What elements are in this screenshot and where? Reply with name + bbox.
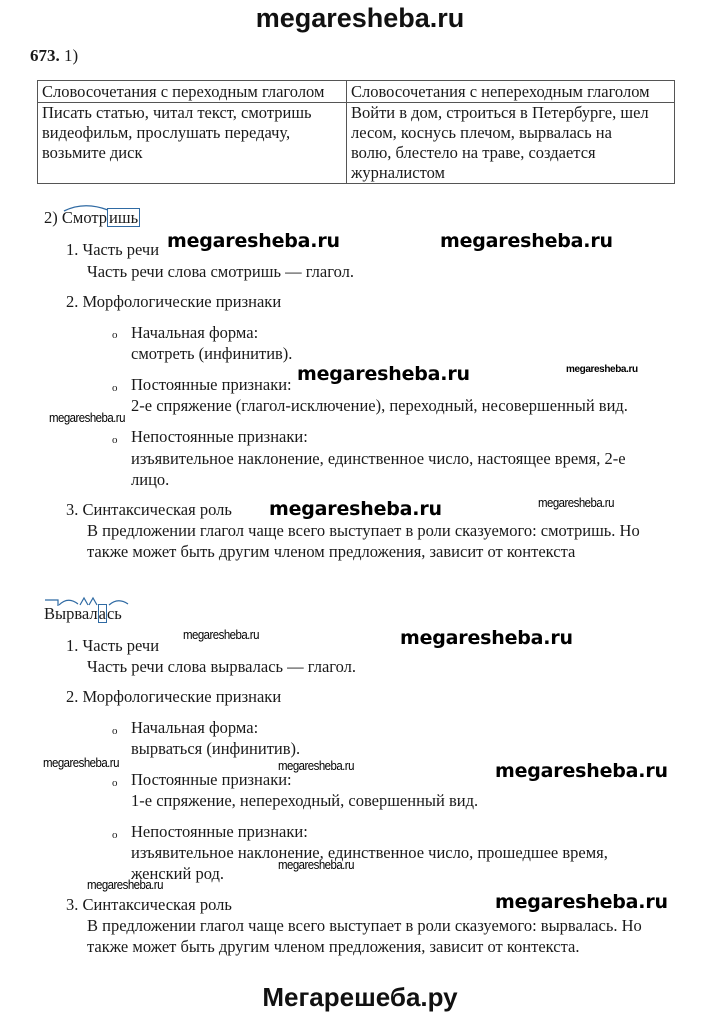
cell-line: видеофильм, прослушать передачу,	[42, 123, 342, 143]
watermark: megaresheba.ru	[538, 495, 614, 510]
morpheme-word-vyrvalas: Вырвалась	[44, 604, 122, 624]
watermark: megaresheba.ru	[566, 364, 638, 375]
syntax-role-text: В предложении глагол чаще всего выступае…	[87, 916, 642, 936]
syntax-role-text: также может быть другим членом предложен…	[87, 937, 579, 957]
bullet-icon: o	[112, 382, 118, 394]
cell-line: Войти в дом, строиться в Петербурге, шел	[351, 103, 670, 123]
watermark: megaresheba.ru	[87, 877, 163, 892]
watermark: megaresheba.ru	[278, 857, 354, 872]
watermark: megaresheba.ru	[400, 627, 573, 649]
word2-heading: Вырвалась	[44, 604, 122, 624]
task-number: 673. 1)	[30, 46, 78, 66]
watermark: megaresheba.ru	[278, 758, 354, 773]
variable-features-title: Непостоянные признаки:	[131, 822, 308, 842]
pos-title: 1. Часть речи	[66, 240, 159, 260]
word1-heading: 2) Смотришь	[44, 208, 140, 228]
watermark: megaresheba.ru	[495, 891, 668, 913]
bullet-icon: o	[112, 725, 118, 737]
table-header-transitive: Словосочетания с переходным глаголом	[38, 81, 347, 103]
cell-line: возьмите диск	[42, 143, 342, 163]
pos-title: 1. Часть речи	[66, 636, 159, 656]
constant-features-title: Постоянные признаки:	[131, 770, 292, 790]
word-stem: Смотр	[62, 208, 107, 227]
cell-line: лесом, коснусь плечом, вырвалась на	[351, 123, 670, 143]
word-postfix: сь	[107, 604, 122, 623]
word-combinations-table: Словосочетания с переходным глаголом Сло…	[37, 80, 675, 184]
cell-line: волю, блестело на траве, создается	[351, 143, 670, 163]
bullet-icon: o	[112, 829, 118, 841]
watermark: megaresheba.ru	[43, 755, 119, 770]
constant-features-text: 1-е спряжение, непереходный, совершенный…	[131, 791, 478, 811]
syntax-role-title: 3. Синтаксическая роль	[66, 500, 232, 520]
initial-form-title: Начальная форма:	[131, 323, 258, 343]
bullet-icon: o	[112, 434, 118, 446]
morph-title: 2. Морфологические признаки	[66, 292, 281, 312]
part-label: 2)	[44, 208, 58, 227]
constant-features-text: 2-е спряжение (глагол-исключение), перех…	[131, 396, 628, 416]
ending-box: ишь	[107, 208, 140, 227]
table-cell-transitive: Писать статью, читал текст, смотришь вид…	[38, 103, 347, 184]
watermark: megaresheba.ru	[183, 627, 259, 642]
table-row: Писать статью, читал текст, смотришь вид…	[38, 103, 675, 184]
syntax-role-text: также может быть другим членом предложен…	[87, 542, 575, 562]
site-title: megaresheba.ru	[0, 2, 720, 34]
bullet-icon: o	[112, 329, 118, 341]
task-part-label: 1)	[64, 46, 78, 65]
variable-features-title: Непостоянные признаки:	[131, 427, 308, 447]
morph-title: 2. Морфологические признаки	[66, 687, 281, 707]
watermark: megaresheba.ru	[167, 230, 340, 252]
footer-title: Мегарешеба.ру	[0, 982, 720, 1013]
variable-features-text: изъявительное наклонение, единственное ч…	[131, 449, 626, 469]
task-number-value: 673.	[30, 46, 60, 65]
cell-line: журналистом	[351, 163, 670, 183]
bullet-icon: o	[112, 777, 118, 789]
morpheme-word-smotrish: Смотришь	[62, 208, 140, 228]
initial-form-text: смотреть (инфинитив).	[131, 344, 292, 364]
syntax-role-text: В предложении глагол чаще всего выступае…	[87, 521, 640, 541]
constant-features-title: Постоянные признаки:	[131, 375, 292, 395]
initial-form-text: вырваться (инфинитив).	[131, 739, 300, 759]
table-cell-intransitive: Войти в дом, строиться в Петербурге, шел…	[347, 103, 675, 184]
ending-box: а	[98, 604, 107, 623]
pos-text: Часть речи слова смотришь — глагол.	[87, 262, 354, 282]
watermark: megaresheba.ru	[440, 230, 613, 252]
word-stem: Вырвал	[44, 604, 98, 623]
table-header-row: Словосочетания с переходным глаголом Сло…	[38, 81, 675, 103]
watermark: megaresheba.ru	[495, 760, 668, 782]
pos-text: Часть речи слова вырвалась — глагол.	[87, 657, 356, 677]
variable-features-text: изъявительное наклонение, единственное ч…	[131, 843, 608, 863]
watermark: megaresheba.ru	[269, 498, 442, 520]
watermark: megaresheba.ru	[49, 410, 125, 425]
initial-form-title: Начальная форма:	[131, 718, 258, 738]
variable-features-text: лицо.	[131, 470, 169, 490]
cell-line: Писать статью, читал текст, смотришь	[42, 103, 342, 123]
watermark: megaresheba.ru	[297, 363, 470, 385]
syntax-role-title: 3. Синтаксическая роль	[66, 895, 232, 915]
table-header-intransitive: Словосочетания с непереходным глаголом	[347, 81, 675, 103]
